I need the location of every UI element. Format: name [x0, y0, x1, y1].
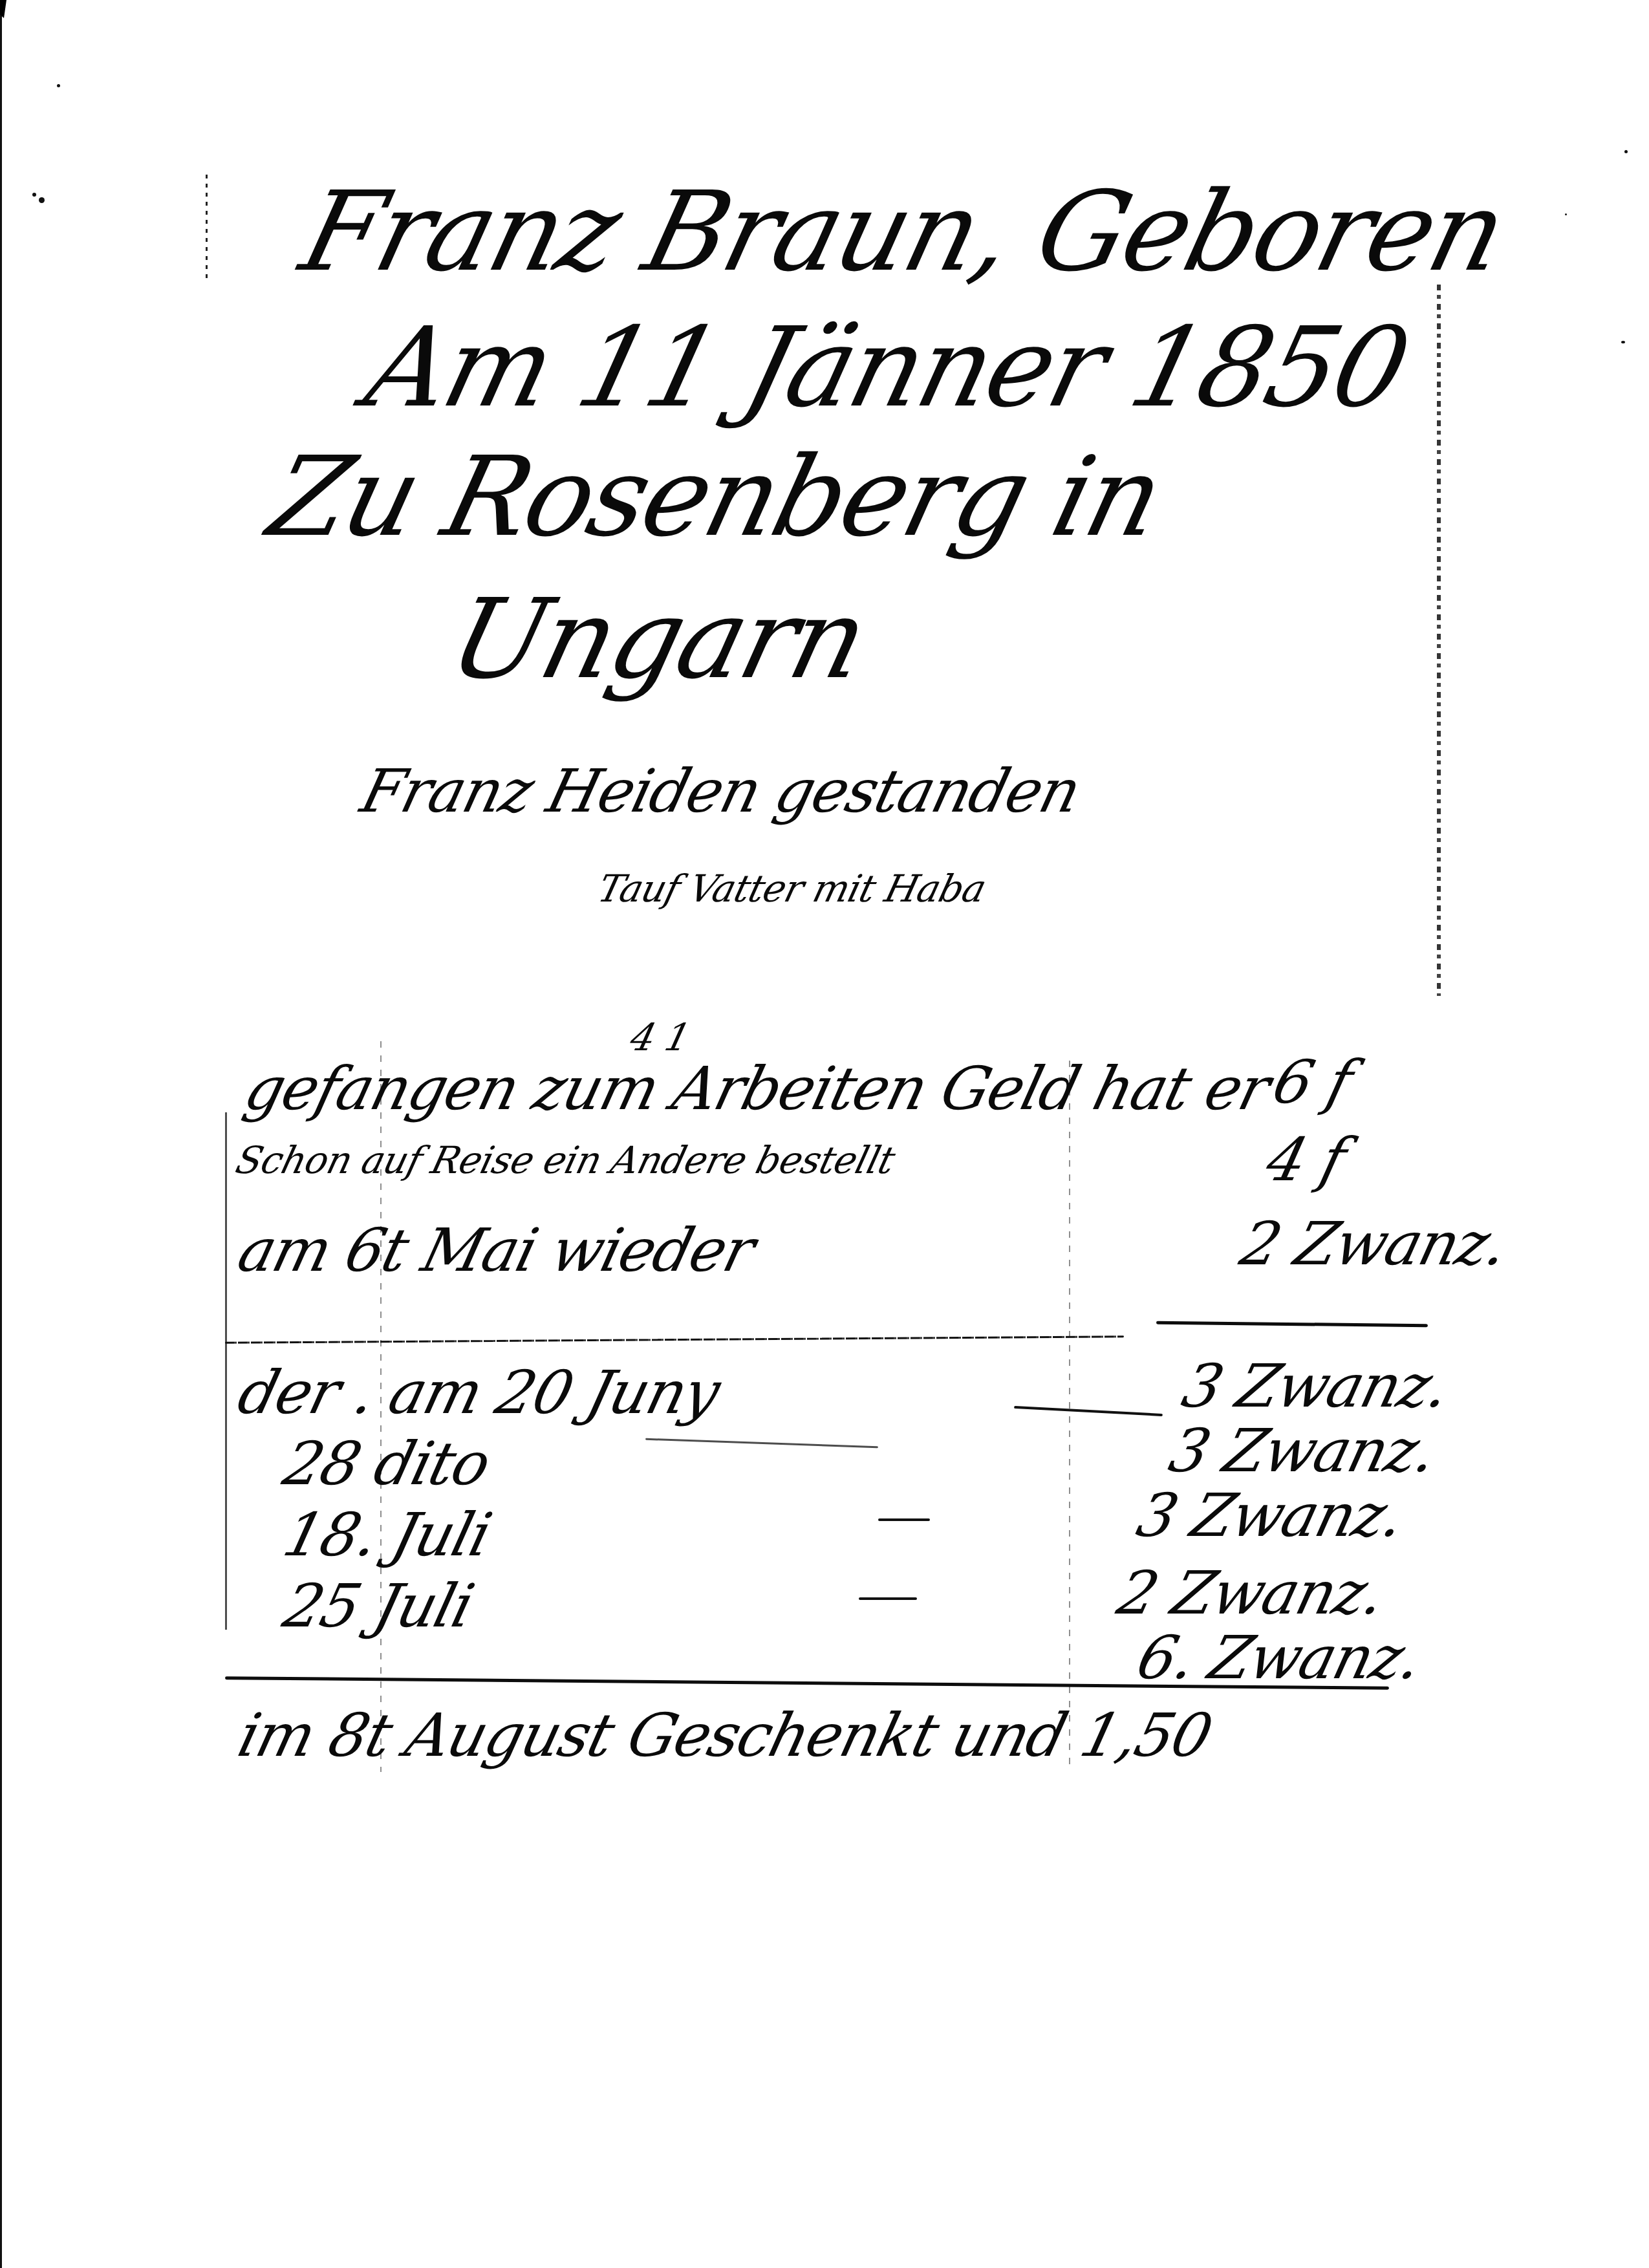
speck [39, 197, 45, 203]
ledger-entry-amount: 2 Zwanz. [1111, 1559, 1391, 1628]
line-name-born: Franz Braun, Geboren [290, 168, 1516, 296]
speck [1621, 341, 1625, 343]
speck [1624, 150, 1628, 153]
ledger-entry-amount: 6. Zwanz. [1130, 1623, 1428, 1692]
ledger-entry-amount: 3 Zwanz. [1163, 1416, 1443, 1485]
section-rule [225, 1335, 1124, 1344]
subtotal-rule [1156, 1321, 1428, 1327]
ledger-fragment: 4 1 gefangen zum Arbeiten Geld hat er 6 … [225, 1028, 1421, 1778]
speck [1565, 213, 1567, 215]
line-godfather: Franz Heiden gestanden [354, 757, 1086, 826]
ledger-entry-date: 28 dito [277, 1429, 497, 1498]
ledger-intro-amount: 6 f [1266, 1048, 1359, 1117]
scanned-page: Franz Braun, Geboren Am 11 Jänner 1850 Z… [0, 0, 1649, 2268]
ledger-entry-amount: 2 Zwanz. [1234, 1209, 1514, 1279]
speck [57, 84, 60, 87]
scan-corner-mark [0, 0, 6, 18]
ledger-entry-date: 25 Juli [277, 1571, 480, 1641]
fragment-edge-right [1437, 285, 1441, 996]
margin-note: 4 1 [626, 1015, 695, 1059]
line-godfather-note: Tauf Vatter mit Haba [594, 867, 990, 911]
ledger-intro-line: gefangen zum Arbeiten Geld hat er [238, 1054, 1277, 1123]
ledger-entry-date: der . am 20 Juny [232, 1358, 726, 1427]
leader-dash [1014, 1406, 1163, 1416]
ledger-entry-amount: 3 Zwanz. [1176, 1352, 1456, 1421]
page-edge [0, 0, 2, 2268]
ledger-entry-date: 18. Juli [277, 1500, 497, 1570]
leader-dash [645, 1438, 878, 1449]
leader-dash [878, 1518, 930, 1521]
speck [32, 193, 36, 197]
line-birth-date: Am 11 Jänner 1850 [354, 304, 1419, 432]
ledger-intro-amount: 4 f [1260, 1125, 1352, 1194]
leader-dash [859, 1597, 917, 1600]
fragment-edge-left [206, 175, 208, 278]
line-country: Ungarn [438, 576, 878, 704]
ledger-entry-date: am 6t Mai wieder [232, 1216, 760, 1285]
ledger-intro-line: Schon auf Reise ein Andere bestellt [232, 1138, 899, 1182]
ledger-footer-line: im 8t August Geschenkt und 1,50 [232, 1701, 1218, 1770]
fragment-edge-left [225, 1112, 227, 1630]
line-birthplace: Zu Rosenberg in [257, 433, 1173, 561]
fold-line [1069, 1061, 1070, 1766]
ledger-entry-amount: 3 Zwanz. [1130, 1481, 1410, 1550]
birth-note-fragment: Franz Braun, Geboren Am 11 Jänner 1850 Z… [206, 155, 1441, 957]
